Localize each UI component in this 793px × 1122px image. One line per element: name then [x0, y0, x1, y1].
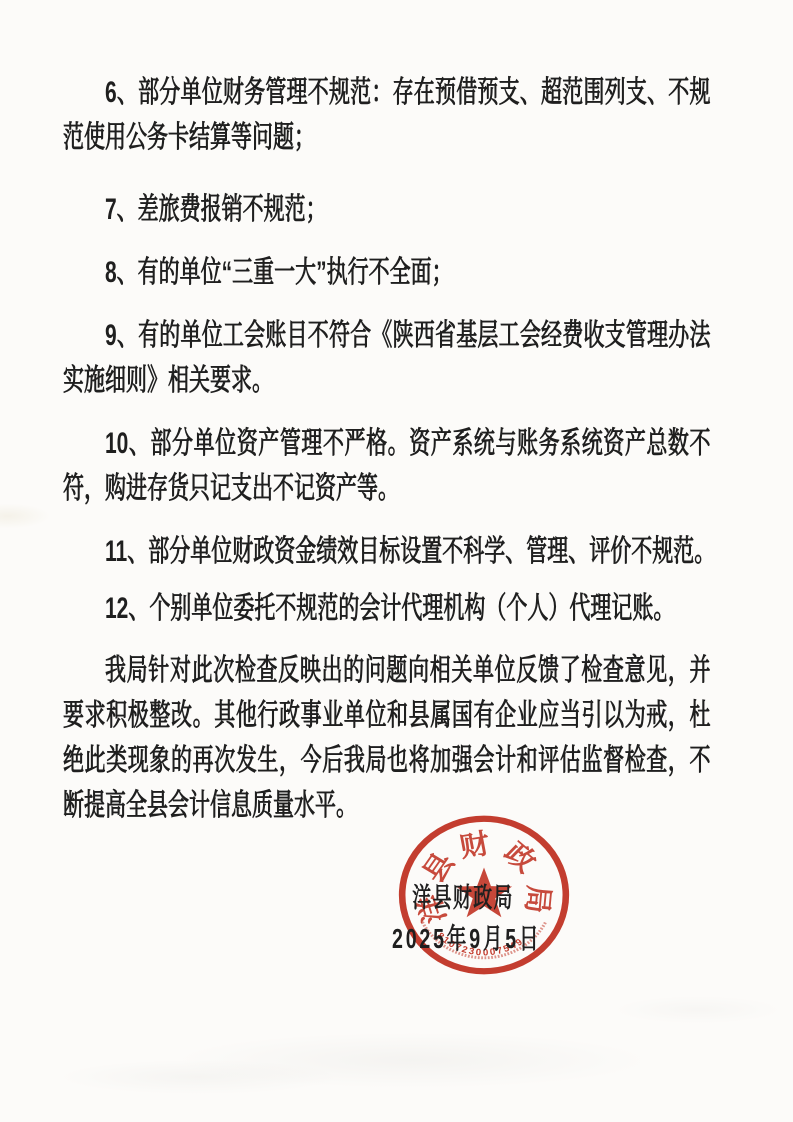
list-item-11: 11、部分单位财政资金绩效目标设置不科学、管理、评价不规范。 [63, 529, 711, 574]
list-item-12: 12、个别单位委托不规范的会计代理机构（个人）代理记账。 [63, 586, 711, 631]
list-item-7: 7、差旅费报销不规范； [63, 187, 711, 232]
signature-date: 2025年9月5日 [392, 916, 541, 961]
list-item-6: 6、部分单位财务管理不规范：存在预借预支、超范围列支、不规范使用公务卡结算等问题… [63, 70, 711, 160]
list-item-9: 9、有的单位工会账目不符合《陕西省基层工会经费收支管理办法实施细则》相关要求。 [63, 313, 711, 403]
list-item-8: 8、有的单位“三重一大”执行不全面； [63, 250, 711, 295]
closing-paragraph: 我局针对此次检查反映出的问题向相关单位反馈了检查意见，并要求积极整改。其他行政事… [63, 648, 711, 828]
document-body: 6、部分单位财务管理不规范：存在预借预支、超范围列支、不规范使用公务卡结算等问题… [63, 70, 711, 846]
seal-ring-char: 局 [519, 884, 555, 914]
signature-issuer: 洋县财政局 [412, 876, 514, 921]
list-item-10: 10、部分单位资产管理不严格。资产系统与账务系统资产总数不符，购进存货只记支出不… [63, 421, 711, 511]
document-page: 洋 县 财 政 局 8107230007549 6、部分单位财务管理不规范：存在… [0, 0, 793, 1122]
